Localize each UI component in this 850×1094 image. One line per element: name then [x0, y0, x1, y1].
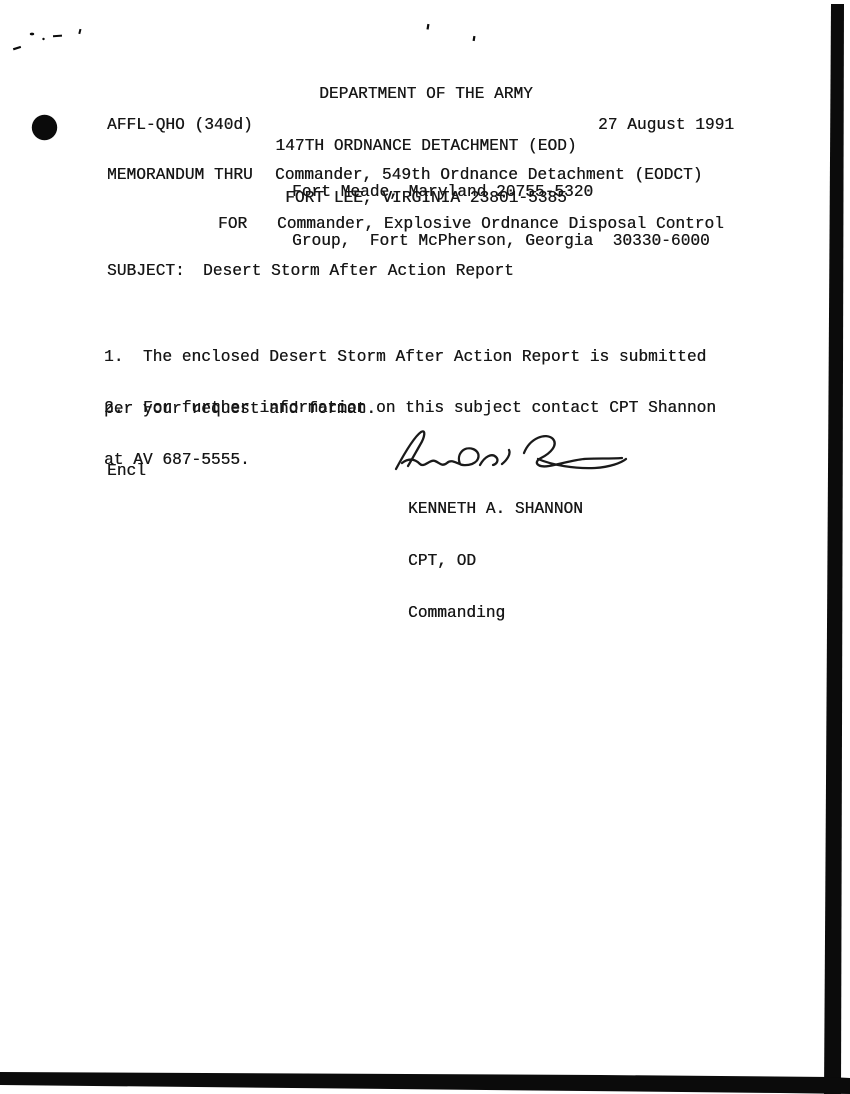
enclosure-notation: Encl: [107, 463, 146, 480]
stray-dash-mark: [13, 46, 21, 51]
signer-name: KENNETH A. SHANNON: [408, 501, 583, 518]
paragraph-line: 2. For further information on this subje…: [104, 400, 716, 417]
stray-dash-mark: [53, 35, 62, 38]
stray-speck: [42, 38, 44, 40]
stray-speck: [30, 33, 34, 36]
for-addressee-line2: Group, Fort McPherson, Georgia 30330-600…: [292, 233, 710, 250]
memorandum-thru-label: MEMORANDUM THRU: [107, 167, 253, 184]
for-label: FOR: [218, 216, 247, 233]
signer-title: Commanding: [408, 605, 583, 622]
stray-apostrophe-mark: [426, 24, 429, 30]
office-symbol: AFFL-QHO (340d): [107, 117, 253, 134]
scan-edge-right-bar: [824, 4, 844, 1094]
letterhead-unit: 147TH ORDNANCE DETACHMENT (EOD): [60, 138, 792, 155]
subject-text: Desert Storm After Action Report: [203, 263, 514, 280]
thru-addressee-line2: Fort Meade, Maryland 20755-5320: [292, 184, 593, 201]
scanned-memo-page: DEPARTMENT OF THE ARMY 147TH ORDNANCE DE…: [0, 0, 850, 1094]
letterhead-department: DEPARTMENT OF THE ARMY: [60, 86, 792, 103]
letterhead: DEPARTMENT OF THE ARMY 147TH ORDNANCE DE…: [60, 51, 792, 242]
stray-apostrophe-mark: [473, 36, 476, 41]
thru-addressee-line1: Commander, 549th Ordnance Detachment (EO…: [275, 167, 702, 184]
signer-rank-branch: CPT, OD: [408, 553, 583, 570]
memo-date: 27 August 1991: [598, 117, 734, 134]
scan-edge-bottom-bar: [0, 1072, 850, 1094]
for-addressee-line1: Commander, Explosive Ordnance Disposal C…: [277, 216, 724, 233]
paragraph-line: 1. The enclosed Desert Storm After Actio…: [104, 349, 706, 366]
stray-tick-mark: [78, 29, 81, 34]
subject-label: SUBJECT:: [107, 263, 185, 280]
hole-punch-mark: [32, 115, 57, 140]
signature-block: KENNETH A. SHANNON CPT, OD Commanding: [408, 466, 583, 657]
